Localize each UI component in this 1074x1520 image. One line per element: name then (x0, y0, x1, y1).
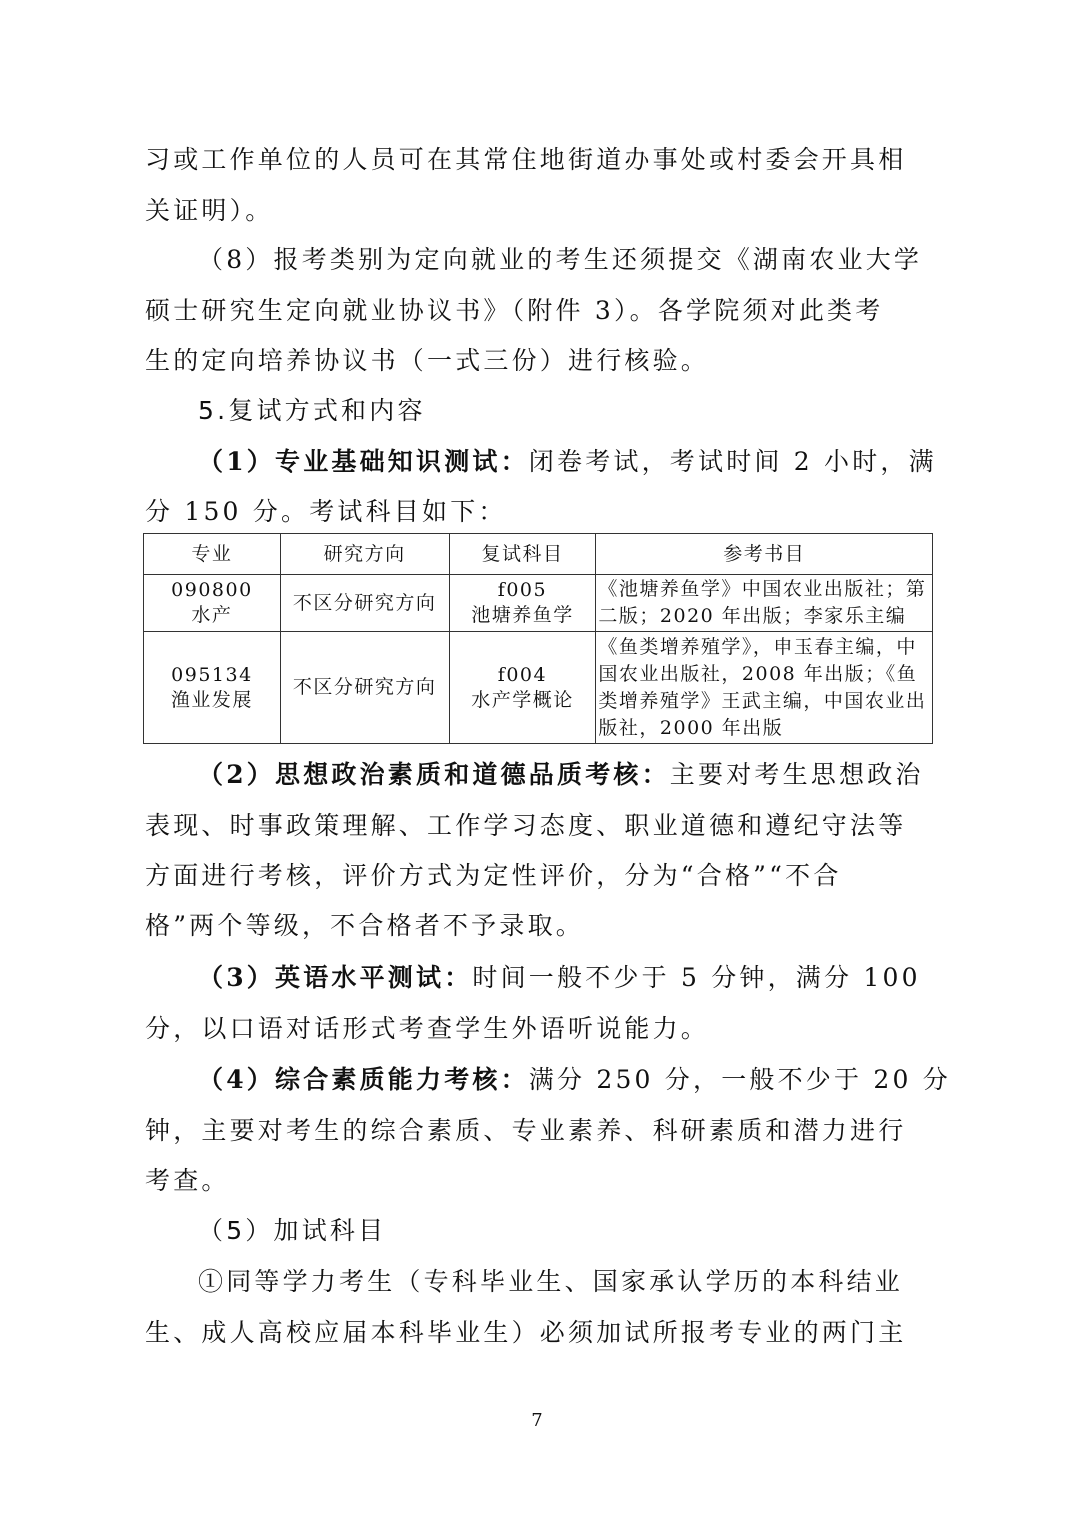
item-8-line: 生的定向培养协议书（一式三份）进行核验。 (145, 346, 935, 376)
sub4-line: （4）综合素质能力考核：满分 250 分，一般不少于 20 分 (198, 1065, 988, 1095)
major-name: 水产 (146, 603, 278, 628)
table-row: 095134 渔业发展 不区分研究方向 f004 水产学概论 《鱼类增养殖学》，… (144, 632, 933, 744)
sub1-line: 分 150 分。考试科目如下： (145, 497, 935, 527)
sub3-label: （3）英语水平测试： (198, 963, 472, 992)
sub2-line: （2）思想政治素质和道德品质考核：主要对考生思想政治 (198, 760, 988, 790)
header-direction: 研究方向 (280, 534, 449, 575)
sub1-line: （1）专业基础知识测试：闭卷考试，考试时间 2 小时，满 (198, 447, 988, 477)
cell-direction: 不区分研究方向 (280, 632, 449, 744)
sub3-line: （3）英语水平测试：时间一般不少于 5 分钟，满分 100 (198, 963, 988, 993)
item-8-line: （8）报考类别为定向就业的考生还须提交《湖南农业大学 (198, 245, 988, 275)
sub1-label: （1）专业基础知识测试： (198, 447, 529, 476)
paragraph-continuation-line: 关证明）。 (145, 196, 935, 226)
sub2-line: 表现、时事政策理解、工作学习态度、职业道德和遵纪守法等 (145, 811, 935, 841)
paragraph-continuation-line: 习或工作单位的人员可在其常住地街道办事处或村委会开具相 (145, 145, 935, 175)
cell-major: 095134 渔业发展 (144, 632, 281, 744)
table-header-row: 专业 研究方向 复试科目 参考书目 (144, 534, 933, 575)
document-page: 习或工作单位的人员可在其常住地街道办事处或村委会开具相 关证明）。 （8）报考类… (0, 0, 1074, 1520)
sub3-line: 分，以口语对话形式考查学生外语听说能力。 (145, 1014, 935, 1044)
header-subject: 复试科目 (449, 534, 596, 575)
sub4-line: 钟，主要对考生的综合素质、专业素养、科研素质和潜力进行 (145, 1116, 935, 1146)
sub4-text: 满分 250 分，一般不少于 20 分 (529, 1065, 951, 1094)
major-code: 090800 (146, 578, 278, 603)
sub4-line: 考查。 (145, 1166, 935, 1196)
subject-name: 池塘养鱼学 (452, 603, 594, 628)
sub2-line: 格”两个等级，不合格者不予录取。 (145, 911, 935, 941)
table-row: 090800 水产 不区分研究方向 f005 池塘养鱼学 《池塘养鱼学》中国农业… (144, 575, 933, 632)
cell-major: 090800 水产 (144, 575, 281, 632)
sub2-line: 方面进行考核，评价方式为定性评价，分为“合格”“不合 (145, 861, 935, 891)
subject-code: f004 (452, 663, 594, 688)
page-number: 7 (0, 1410, 1074, 1431)
cell-direction: 不区分研究方向 (280, 575, 449, 632)
major-name: 渔业发展 (146, 688, 278, 713)
exam-subjects-table: 专业 研究方向 复试科目 参考书目 090800 水产 不区分研究方向 f005… (143, 533, 933, 744)
subject-code: f005 (452, 578, 594, 603)
cell-subject: f005 池塘养鱼学 (449, 575, 596, 632)
header-major: 专业 (144, 534, 281, 575)
sub5-item1-line: 生、成人高校应届本科毕业生）必须加试所报考专业的两门主 (145, 1318, 935, 1348)
sub1-text: 闭卷考试，考试时间 2 小时，满 (529, 447, 937, 476)
cell-subject: f004 水产学概论 (449, 632, 596, 744)
sub3-text: 时间一般不少于 5 分钟，满分 100 (472, 963, 920, 992)
sub5-item1-line: ①同等学力考生（专科毕业生、国家承认学历的本科结业 (198, 1267, 988, 1297)
cell-reference: 《池塘养鱼学》中国农业出版社；第二版；2020 年出版；李家乐主编 (596, 575, 933, 632)
sub5-heading: （5）加试科目 (198, 1216, 988, 1246)
sub2-label: （2）思想政治素质和道德品质考核： (198, 760, 670, 789)
sub2-text: 主要对考生思想政治 (670, 760, 924, 789)
subject-name: 水产学概论 (452, 688, 594, 713)
sub4-label: （4）综合素质能力考核： (198, 1065, 529, 1094)
header-reference: 参考书目 (596, 534, 933, 575)
cell-reference: 《鱼类增养殖学》，申玉春主编，中国农业出版社，2008 年出版；《鱼类增养殖学》… (596, 632, 933, 744)
section-5-heading: 5.复试方式和内容 (198, 396, 988, 426)
major-code: 095134 (146, 663, 278, 688)
item-8-line: 硕士研究生定向就业协议书》（附件 3）。各学院须对此类考 (145, 296, 935, 326)
